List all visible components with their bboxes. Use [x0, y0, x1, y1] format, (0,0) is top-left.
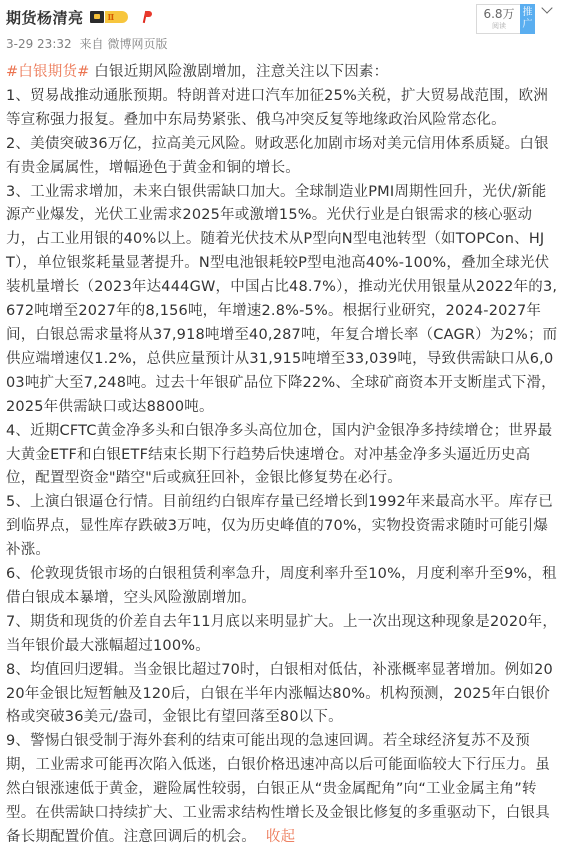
paragraph-8: 8、均值回归逻辑。当金银比超过70时，白银相对低估，补涨概率显著增加。例如202… [6, 659, 558, 731]
vip-badge[interactable]: Ⅱ [90, 11, 128, 23]
source-prefix: 来自 [79, 37, 103, 51]
vip-crown-icon [90, 11, 104, 23]
paragraph-6: 6、伦敦现货银市场的白银租赁利率急升，周度利率升至10%，月度利率升至9%，租借… [6, 563, 558, 611]
paragraph-3: 3、工业需求增加，未来白银供需缺口加大。全球制造业PMI周期性回升，光伏/新能源… [6, 181, 558, 420]
author-name[interactable]: 期货杨清亮 [6, 7, 84, 28]
promote-button[interactable]: 推广 [520, 4, 535, 34]
topic-hashtag-link[interactable]: #白银期货# [6, 64, 90, 80]
post-intro: #白银期货# 白银近期风险激剧增加，注意关注以下因素： [6, 61, 558, 85]
red-flag-icon[interactable] [142, 10, 152, 24]
collapse-link[interactable]: 收起 [266, 829, 295, 845]
intro-text: 白银近期风险激剧增加，注意关注以下因素： [90, 64, 389, 80]
vip-level-badge: Ⅱ [105, 11, 128, 23]
paragraph-9: 9、警惕白银受制于海外套利的结束可能出现的急速回调。若全球经济复苏不及预期，工业… [6, 730, 558, 850]
post-meta: 3-29 23:32 来自微博网页版 [6, 35, 172, 52]
read-label: 阅读 [477, 21, 521, 31]
paragraph-7: 7、期货和现货的价差自去年11月底以来明显扩大。上一次出现这种现象是2020年，… [6, 611, 558, 659]
post-content: #白银期货# 白银近期风险激剧增加，注意关注以下因素： 1、贸易战推动通胀预期。… [6, 61, 558, 850]
author-row: 期货杨清亮 Ⅱ [6, 6, 152, 28]
post-source: 微博网页版 [107, 37, 167, 51]
read-count-box: 6.8万 阅读 [476, 4, 521, 34]
chevron-down-icon[interactable] [541, 2, 552, 13]
paragraph-4: 4、近期CFTC黄金净多头和白银净多头高位加仓，国内沪金银净多持续增仓；世界最大… [6, 420, 558, 492]
post-date[interactable]: 3-29 23:32 [6, 37, 72, 51]
post-header: 期货杨清亮 Ⅱ 3-29 23:32 来自微博网页版 6.8万 阅读 推广 [0, 0, 566, 58]
paragraph-1: 1、贸易战推动通胀预期。特朗普对进口汽车加征25%关税，扩大贸易战范围，欧洲等宣… [6, 85, 558, 133]
paragraph-2: 2、美债突破36万亿，拉高美元风险。财政恶化加剧市场对美元信用体系质疑。白银有贵… [6, 133, 558, 181]
paragraph-5: 5、上演白银逼仓行情。目前纽约白银库存量已经增长到1992年来最高水平。库存已到… [6, 491, 558, 563]
read-count: 6.8万 [477, 7, 521, 21]
